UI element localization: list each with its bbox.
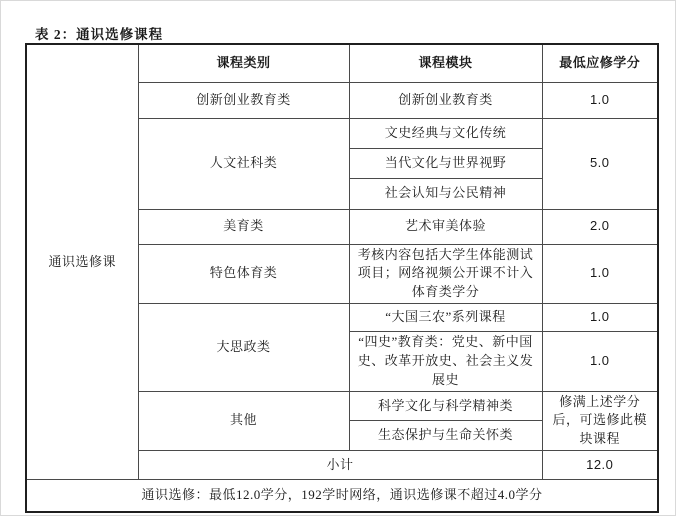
cell-category-ideology: 大思政类 (138, 304, 349, 392)
cell-credits-ideology-1: 1.0 (542, 304, 658, 332)
cell-module-humanities-2: 当代文化与世界视野 (349, 148, 542, 178)
cell-credits-ideology-2: 1.0 (542, 332, 658, 392)
cell-category-others: 其他 (138, 391, 349, 451)
cell-footnote: 通识选修：最低12.0学分，192学时网络，通识选修课不超过4.0学分 (26, 480, 658, 512)
cell-category-aesthetics: 美育类 (138, 209, 349, 244)
cell-subtotal-label: 小计 (138, 451, 542, 480)
cell-module-ideology-2: “四史”教育类：党史、新中国史、改革开放史、社会主义发展史 (349, 332, 542, 392)
cell-module-humanities-1: 文史经典与文化传统 (349, 118, 542, 148)
cell-credits-aesthetics: 2.0 (542, 209, 658, 244)
general-elective-course-table: 通识选修课 课程类别 课程模块 最低应修学分 创新创业教育类 创新创业教育类 1… (25, 43, 659, 513)
cell-category-humanities: 人文社科类 (138, 118, 349, 209)
table-title: 表 2：通识选修课程 (35, 23, 163, 43)
cell-credits-innovation: 1.0 (542, 82, 658, 118)
document-page: { "page": { "title": "表 2：通识选修课程" }, "ta… (0, 0, 676, 516)
row-group-label: 通识选修课 (26, 44, 138, 480)
cell-module-others-2: 生态保护与生命关怀类 (349, 421, 542, 451)
cell-module-aesthetics: 艺术审美体验 (349, 209, 542, 244)
header-row: 通识选修课 课程类别 课程模块 最低应修学分 (26, 44, 658, 82)
cell-module-sports: 考核内容包括大学生体能测试项目；网络视频公开课不计入体育类学分 (349, 244, 542, 304)
cell-subtotal-credits: 12.0 (542, 451, 658, 480)
row-footnote: 通识选修：最低12.0学分，192学时网络，通识选修课不超过4.0学分 (26, 480, 658, 512)
col-header-credits: 最低应修学分 (542, 44, 658, 82)
cell-category-innovation: 创新创业教育类 (138, 82, 349, 118)
cell-module-others-1: 科学文化与科学精神类 (349, 391, 542, 421)
cell-category-sports: 特色体育类 (138, 244, 349, 304)
cell-credits-others: 修满上述学分后，可选修此模块课程 (542, 391, 658, 451)
cell-module-innovation: 创新创业教育类 (349, 82, 542, 118)
col-header-module: 课程模块 (349, 44, 542, 82)
cell-module-humanities-3: 社会认知与公民精神 (349, 178, 542, 209)
cell-module-ideology-1: “大国三农”系列课程 (349, 304, 542, 332)
cell-credits-humanities: 5.0 (542, 118, 658, 209)
cell-credits-sports: 1.0 (542, 244, 658, 304)
col-header-category: 课程类别 (138, 44, 349, 82)
